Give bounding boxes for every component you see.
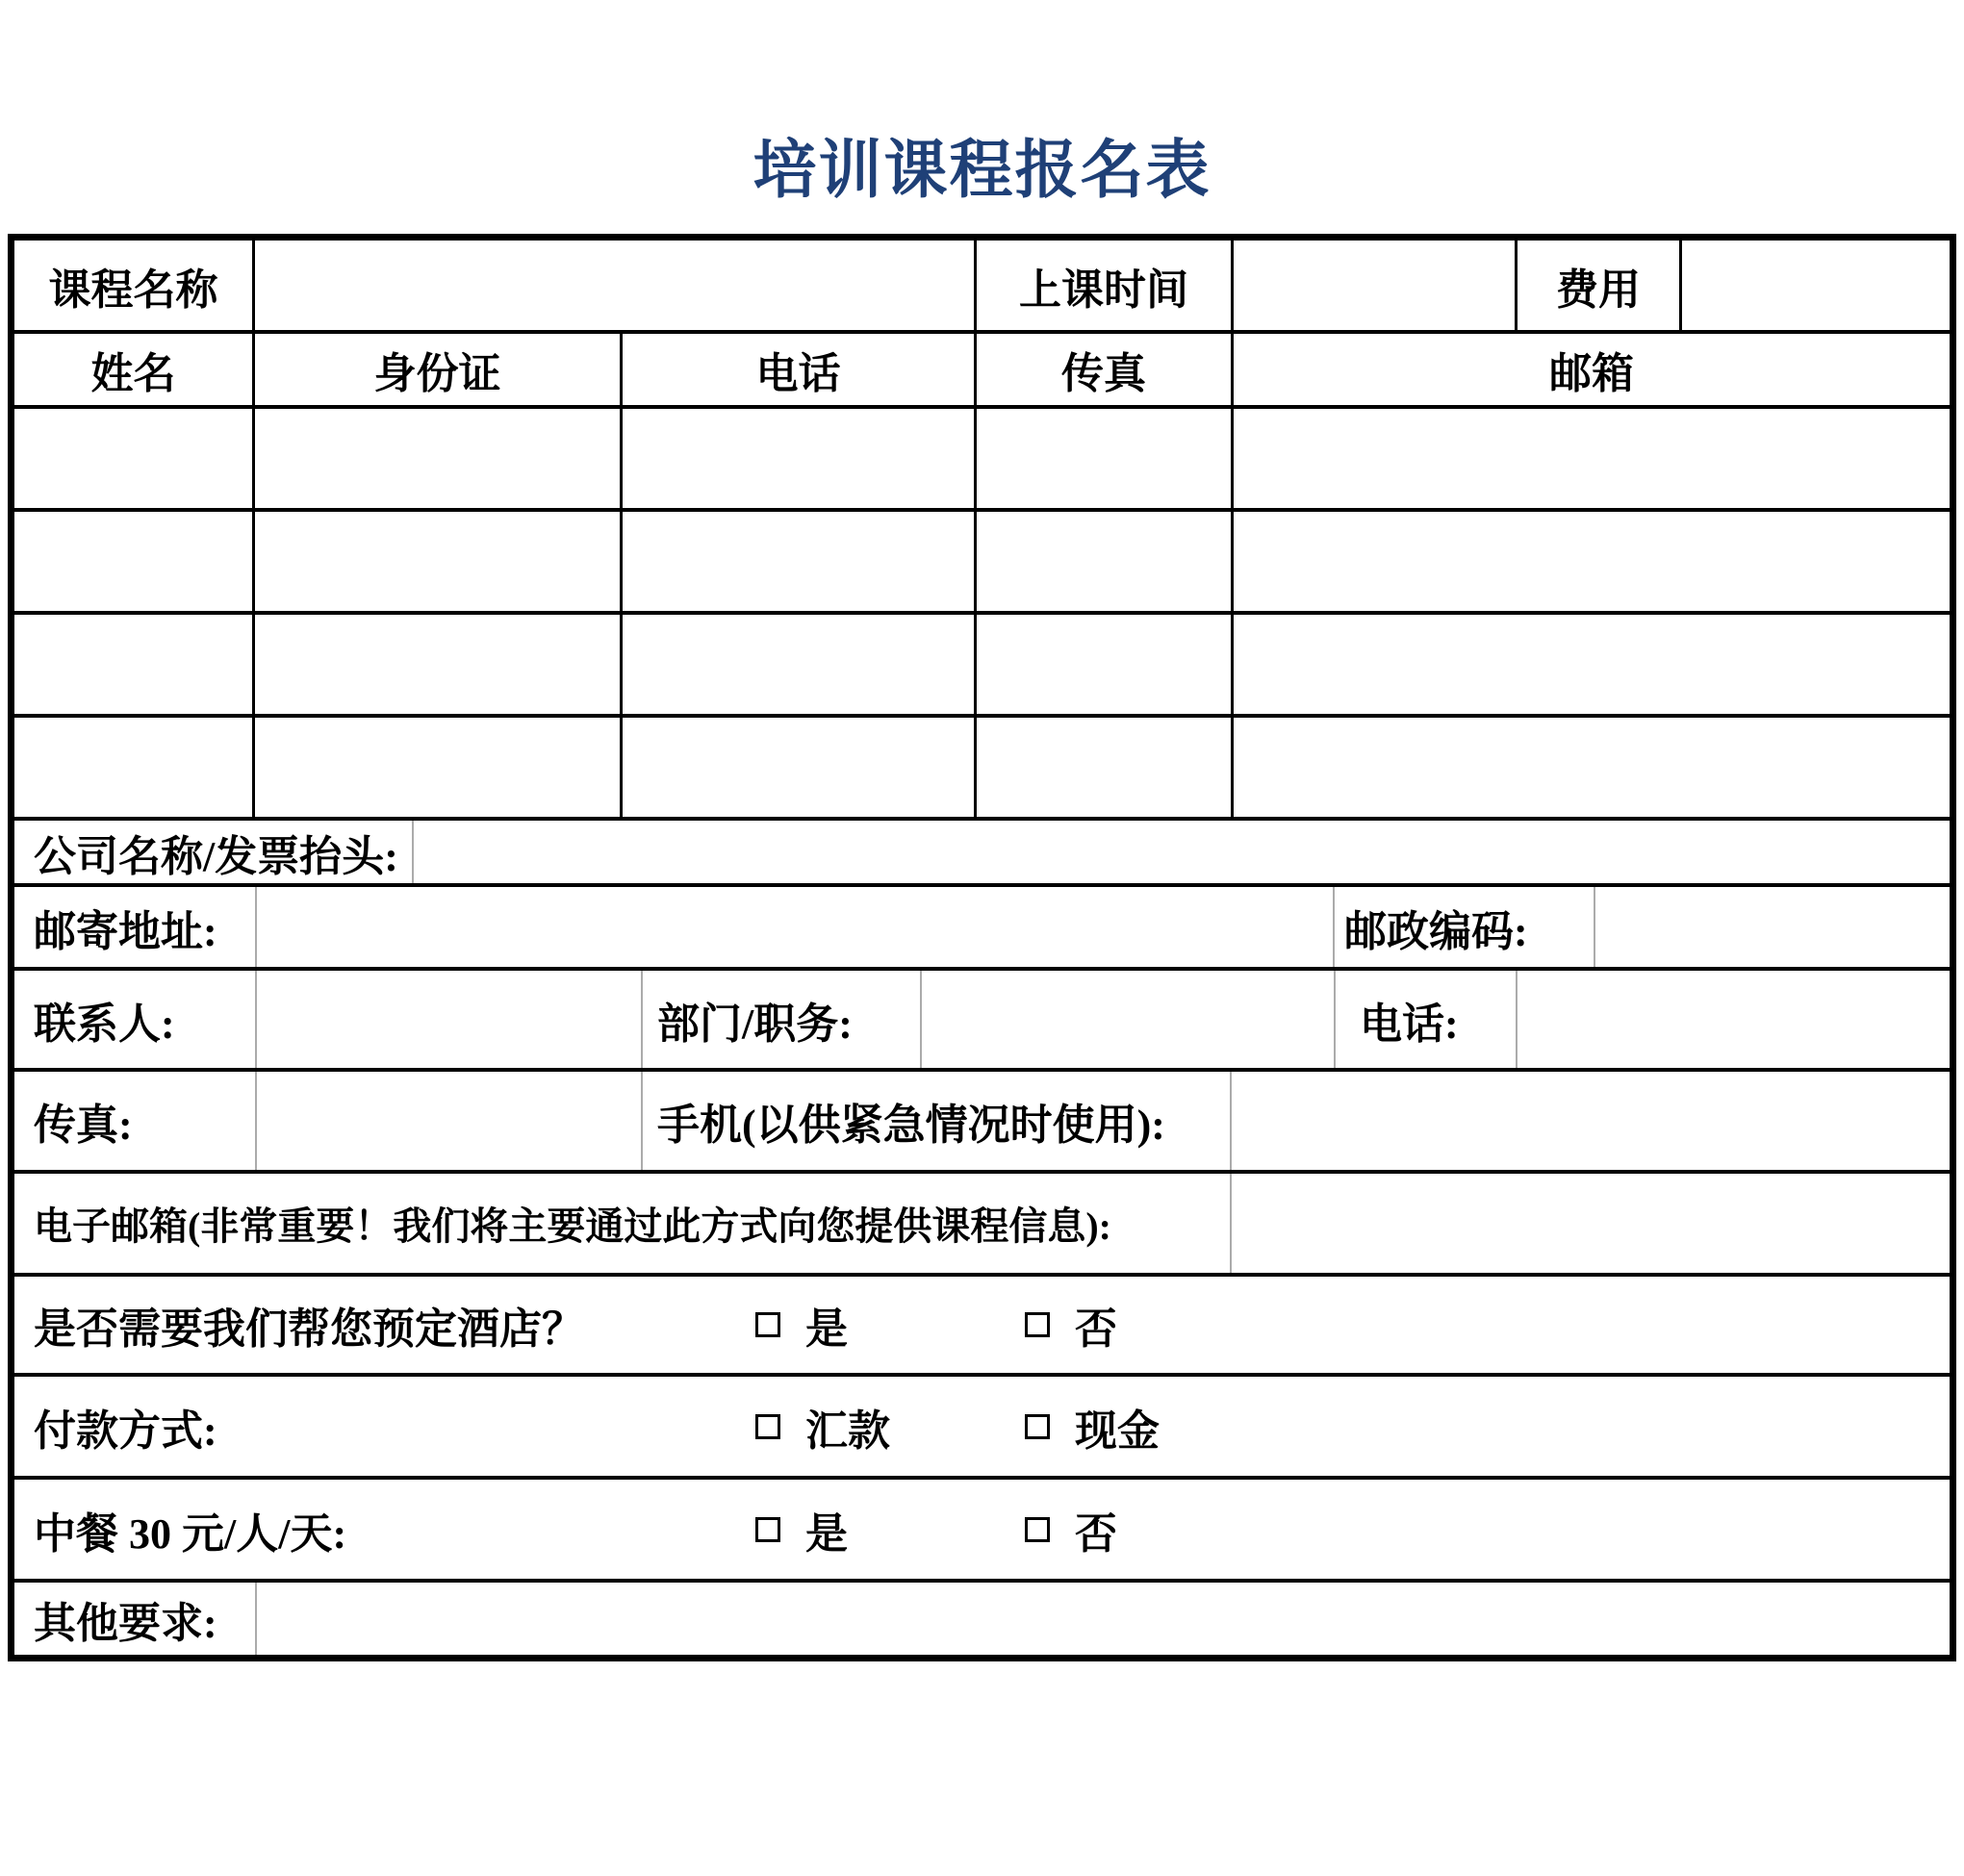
attendee-fax-cell[interactable]: [977, 512, 1234, 611]
attendee-name-cell[interactable]: [14, 718, 255, 817]
attendee-row: [14, 718, 1950, 821]
fax-row: 传真: 手机(以供紧急情况时使用):: [14, 1072, 1950, 1174]
contact-person-label: 联系人:: [14, 971, 257, 1068]
attendee-phone-cell[interactable]: [623, 512, 977, 611]
mailing-address-label: 邮寄地址:: [14, 887, 257, 967]
email-row: 电子邮箱(非常重要！我们将主要通过此方式向您提供课程信息):: [14, 1174, 1950, 1277]
lunch-no-checkbox-icon[interactable]: [1025, 1517, 1050, 1542]
course-name-label: 课程名称: [14, 241, 255, 330]
registration-form-table: 课程名称 上课时间 费用 姓名 身份证 电话 传真 邮箱: [8, 234, 1956, 1661]
hotel-question-label: 是否需要我们帮您预定酒店？: [14, 1277, 1950, 1373]
mobile-label: 手机(以供紧急情况时使用):: [643, 1072, 1232, 1170]
zip-code-label: 邮政编码:: [1335, 887, 1595, 967]
attendee-name-cell[interactable]: [14, 512, 255, 611]
contact-phone-input[interactable]: [1518, 971, 1950, 1068]
contact-person-input[interactable]: [257, 971, 643, 1068]
fee-input[interactable]: [1682, 241, 1950, 330]
company-row: 公司名称/发票抬头:: [14, 821, 1950, 887]
attendee-row: [14, 409, 1950, 512]
hotel-no-option: 否: [1025, 1294, 1117, 1356]
attendee-phone-cell[interactable]: [623, 718, 977, 817]
lunch-yes-option: 是: [755, 1499, 848, 1560]
header-email: 邮箱: [1234, 334, 1950, 405]
hotel-no-checkbox-icon[interactable]: [1025, 1312, 1050, 1337]
payment-cash-option: 现金: [1025, 1396, 1160, 1458]
attendee-email-cell[interactable]: [1234, 718, 1950, 817]
attendee-id-cell[interactable]: [255, 718, 623, 817]
department-title-input[interactable]: [922, 971, 1336, 1068]
hotel-no-label: 否: [1075, 1294, 1117, 1356]
attendee-name-cell[interactable]: [14, 409, 255, 508]
payment-row: 付款方式: 汇款 现金: [14, 1377, 1950, 1480]
hotel-yes-checkbox-icon[interactable]: [755, 1312, 780, 1337]
class-time-input[interactable]: [1234, 241, 1518, 330]
payment-remit-checkbox-icon[interactable]: [755, 1414, 780, 1439]
lunch-label: 中餐 30 元/人/天:: [14, 1480, 1950, 1579]
attendee-id-cell[interactable]: [255, 615, 623, 714]
mailing-address-input[interactable]: [257, 887, 1335, 967]
attendee-header-row: 姓名 身份证 电话 传真 邮箱: [14, 334, 1950, 409]
attendee-phone-cell[interactable]: [623, 615, 977, 714]
payment-cash-label: 现金: [1075, 1396, 1160, 1458]
attendee-id-cell[interactable]: [255, 512, 623, 611]
course-row: 课程名称 上课时间 费用: [14, 241, 1950, 334]
address-row: 邮寄地址: 邮政编码:: [14, 887, 1950, 971]
company-name-label: 公司名称/发票抬头:: [14, 821, 414, 883]
lunch-no-label: 否: [1075, 1499, 1117, 1560]
attendee-email-cell[interactable]: [1234, 512, 1950, 611]
fax-label: 传真:: [14, 1072, 257, 1170]
attendee-email-cell[interactable]: [1234, 615, 1950, 714]
lunch-yes-label: 是: [805, 1499, 848, 1560]
department-title-label: 部门/职务:: [643, 971, 922, 1068]
attendee-fax-cell[interactable]: [977, 718, 1234, 817]
attendee-fax-cell[interactable]: [977, 615, 1234, 714]
mobile-input[interactable]: [1232, 1072, 1950, 1170]
hotel-row: 是否需要我们帮您预定酒店？ 是 否: [14, 1277, 1950, 1377]
attendee-fax-cell[interactable]: [977, 409, 1234, 508]
payment-cash-checkbox-icon[interactable]: [1025, 1414, 1050, 1439]
attendee-row: [14, 512, 1950, 615]
email-label: 电子邮箱(非常重要！我们将主要通过此方式向您提供课程信息):: [14, 1174, 1232, 1273]
other-requirements-label: 其他要求:: [14, 1583, 257, 1655]
header-phone: 电话: [623, 334, 977, 405]
payment-remit-option: 汇款: [755, 1396, 890, 1458]
attendee-row: [14, 615, 1950, 718]
payment-remit-label: 汇款: [805, 1396, 890, 1458]
contact-row: 联系人: 部门/职务: 电话:: [14, 971, 1950, 1072]
fax-input[interactable]: [257, 1072, 643, 1170]
contact-phone-label: 电话:: [1336, 971, 1518, 1068]
hotel-yes-option: 是: [755, 1294, 848, 1356]
other-requirements-input[interactable]: [257, 1583, 1950, 1655]
lunch-row: 中餐 30 元/人/天: 是 否: [14, 1480, 1950, 1583]
company-name-input[interactable]: [414, 821, 1950, 883]
zip-code-input[interactable]: [1595, 887, 1950, 967]
header-id-card: 身份证: [255, 334, 623, 405]
header-fax: 传真: [977, 334, 1234, 405]
other-requirements-row: 其他要求:: [14, 1583, 1950, 1655]
lunch-no-option: 否: [1025, 1499, 1117, 1560]
course-name-input[interactable]: [255, 241, 977, 330]
attendee-name-cell[interactable]: [14, 615, 255, 714]
email-input[interactable]: [1232, 1174, 1950, 1273]
page-title: 培训课程报名表: [0, 137, 1964, 203]
lunch-yes-checkbox-icon[interactable]: [755, 1517, 780, 1542]
header-name: 姓名: [14, 334, 255, 405]
attendee-email-cell[interactable]: [1234, 409, 1950, 508]
hotel-yes-label: 是: [805, 1294, 848, 1356]
attendee-phone-cell[interactable]: [623, 409, 977, 508]
attendee-id-cell[interactable]: [255, 409, 623, 508]
fee-label: 费用: [1518, 241, 1682, 330]
class-time-label: 上课时间: [977, 241, 1234, 330]
payment-method-label: 付款方式:: [14, 1377, 1950, 1476]
